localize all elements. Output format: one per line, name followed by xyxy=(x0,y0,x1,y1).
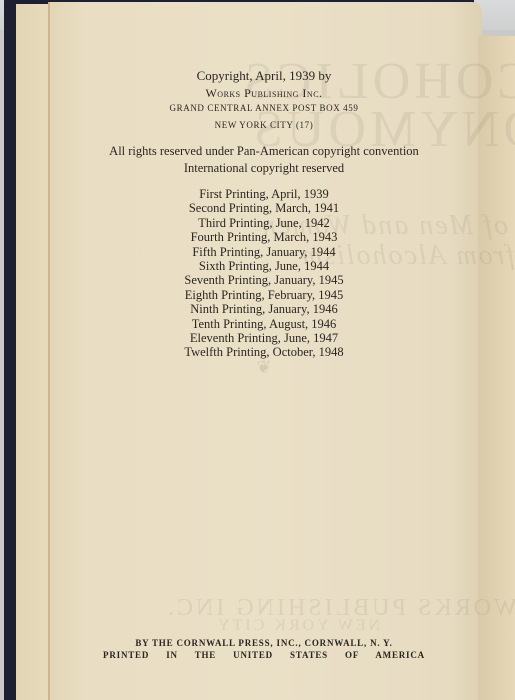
copyright-line: Copyright, April, 1939 by xyxy=(48,68,480,84)
rights-line-2: International copyright reserved xyxy=(48,160,480,177)
publisher-city: New York City (17) xyxy=(48,120,480,130)
rights-notice: All rights reserved under Pan-American c… xyxy=(48,143,480,177)
printing-entry: Tenth Printing, August, 1946 xyxy=(48,317,480,331)
printing-entry: Fifth Printing, January, 1944 xyxy=(48,245,480,259)
printing-entry: Eleventh Printing, June, 1947 xyxy=(48,331,480,345)
printing-entry: Sixth Printing, June, 1944 xyxy=(48,259,480,273)
rights-line-1: All rights reserved under Pan-American c… xyxy=(48,143,480,160)
printing-entry: Ninth Printing, January, 1946 xyxy=(48,302,480,316)
printing-entry: Seventh Printing, January, 1945 xyxy=(48,273,480,287)
printing-history: First Printing, April, 1939Second Printi… xyxy=(48,187,480,360)
publisher-name: Works Publishing Inc. xyxy=(48,86,480,101)
ghost-city: NEW YORK CITY xyxy=(215,617,380,635)
printing-entry: Second Printing, March, 1941 xyxy=(48,201,480,215)
printer-imprint: BY THE CORNWALL PRESS, INC., CORNWALL, N… xyxy=(48,637,480,661)
printer-line-2: PRINTED IN THE UNITED STATES OF AMERICA xyxy=(48,649,480,661)
printing-entry: First Printing, April, 1939 xyxy=(48,187,480,201)
publisher-address: Grand Central Annex Post Box 459 xyxy=(48,103,480,113)
ornament-icon: ❦ xyxy=(48,357,480,378)
printing-entry: Eighth Printing, February, 1945 xyxy=(48,288,480,302)
printing-entry: Third Printing, June, 1942 xyxy=(48,216,480,230)
printer-line-1: BY THE CORNWALL PRESS, INC., CORNWALL, N… xyxy=(48,637,480,649)
printing-entry: Fourth Printing, March, 1943 xyxy=(48,230,480,244)
